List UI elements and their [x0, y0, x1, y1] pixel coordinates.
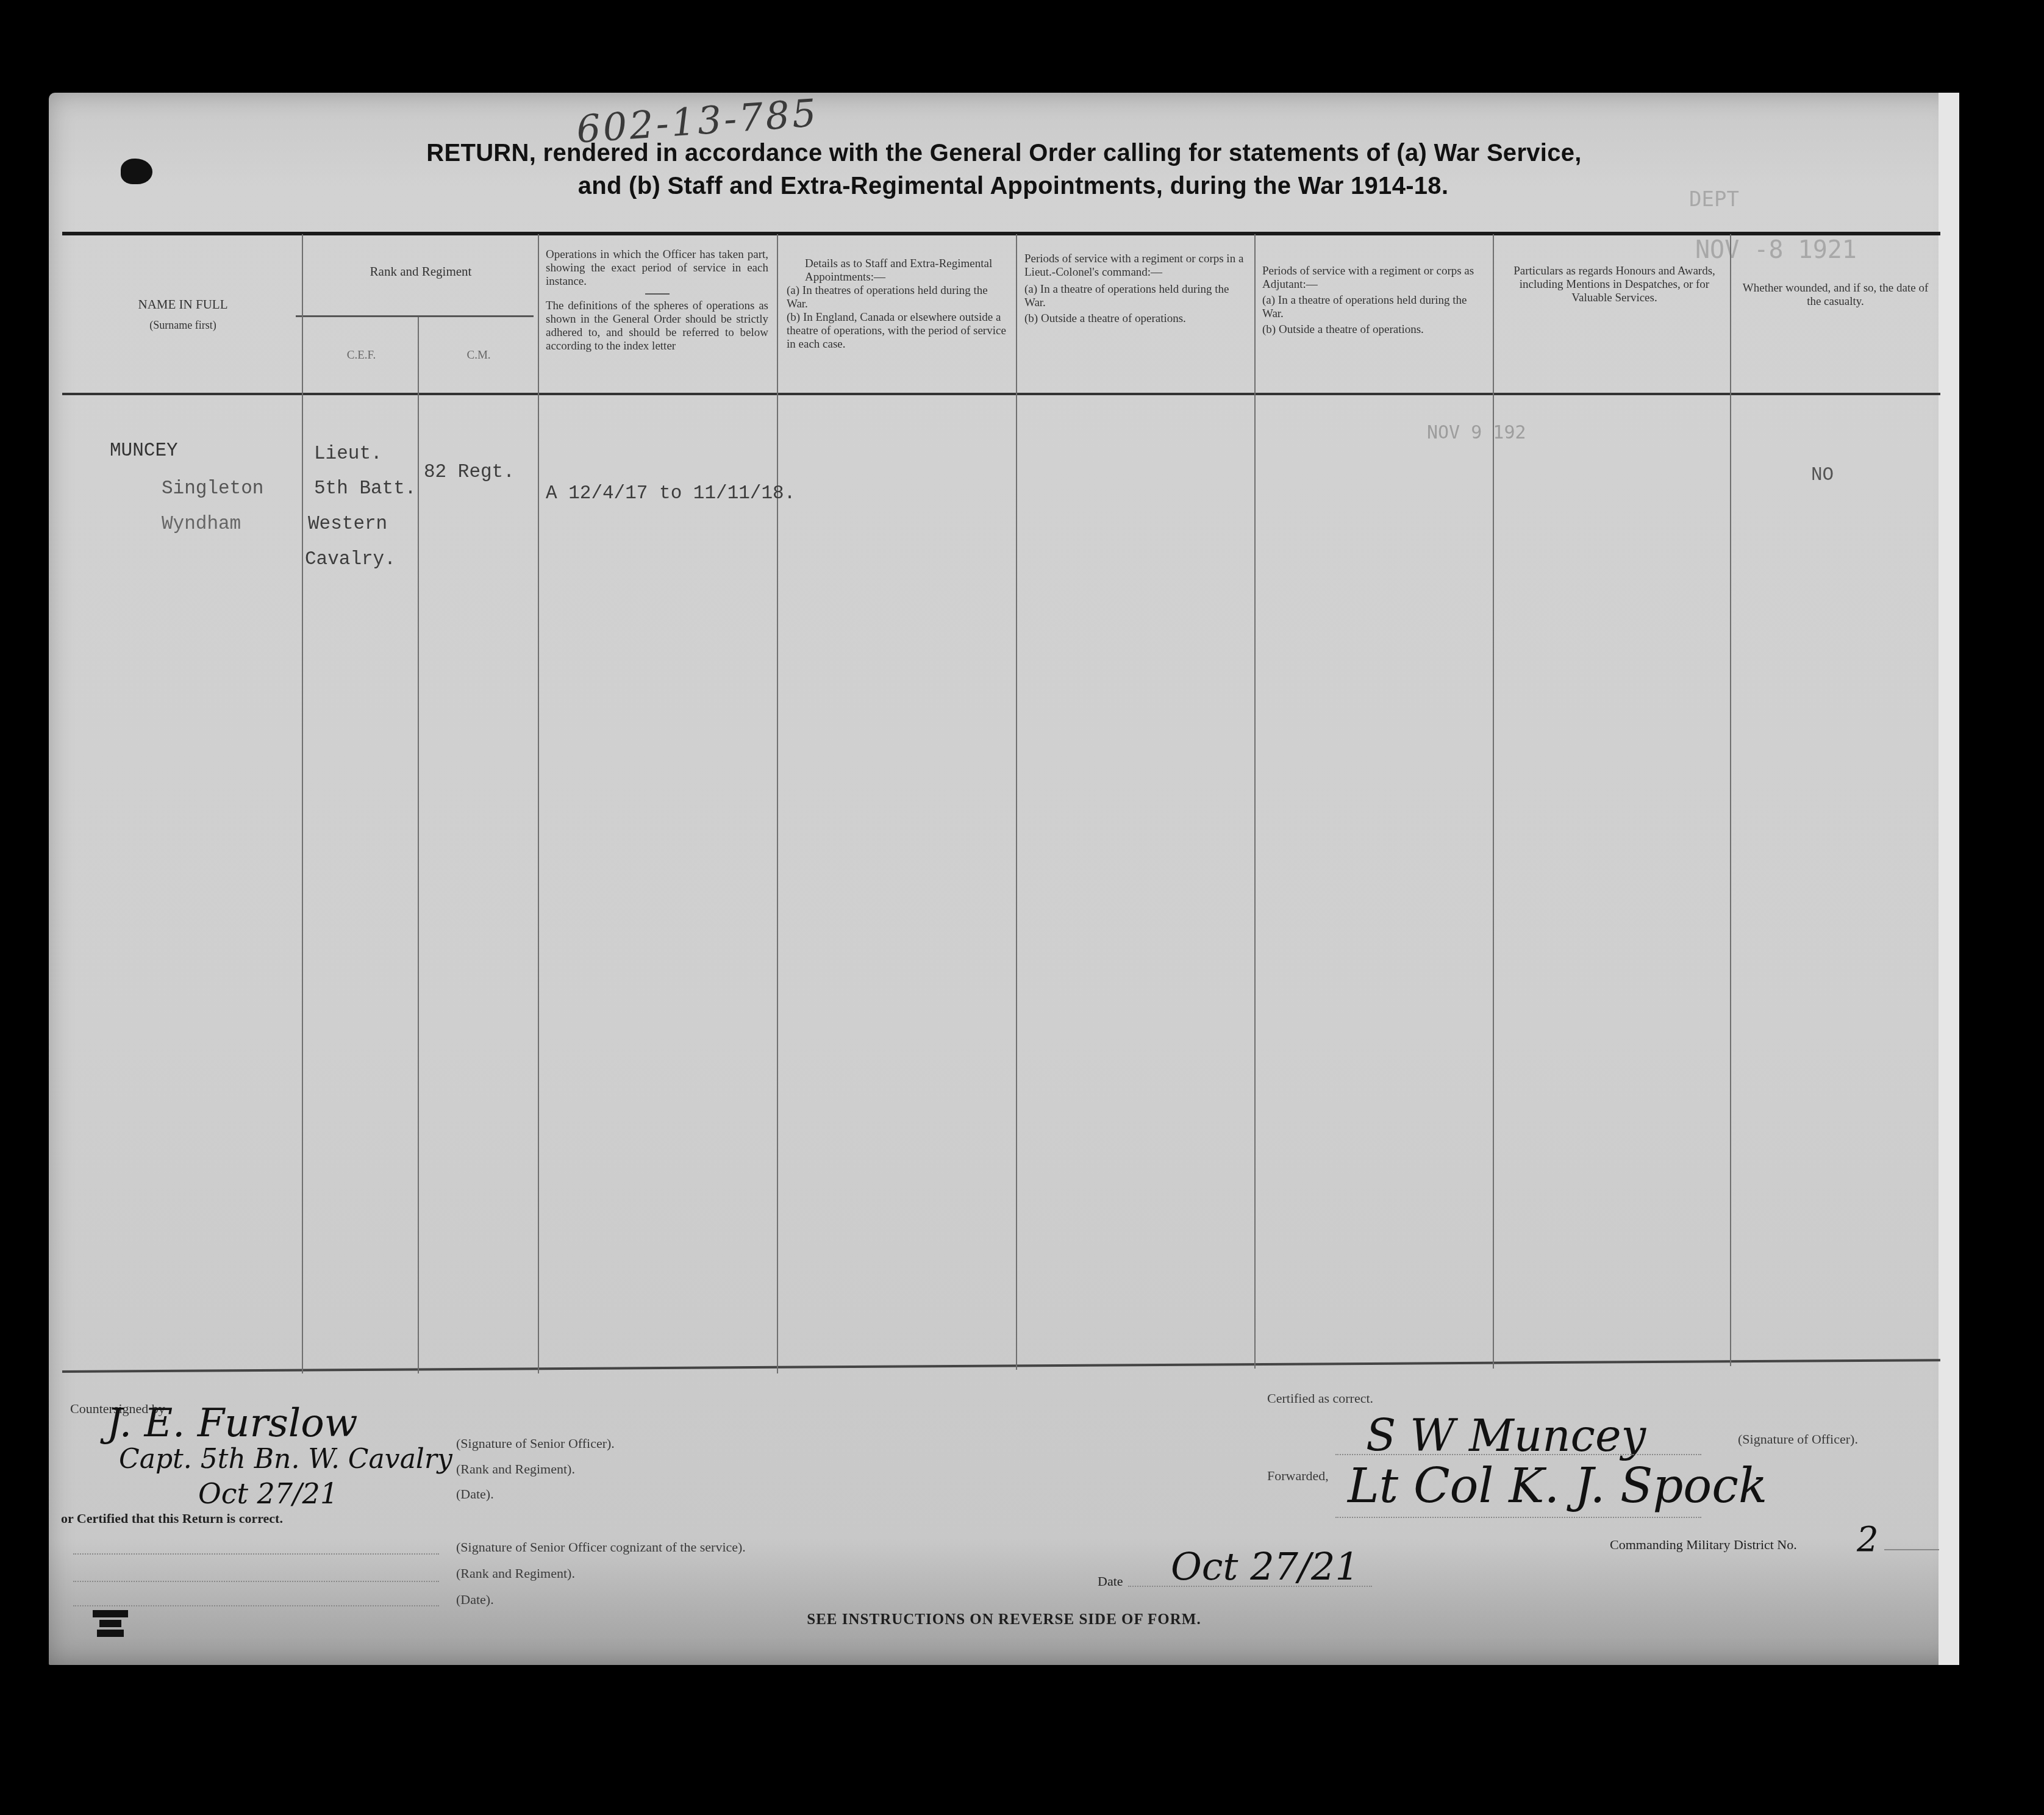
table-bottom-rule — [62, 1359, 1940, 1373]
header-bottom-rule — [62, 393, 1940, 395]
received-stamp-dept: DEPT — [1689, 187, 1739, 212]
document-page: 602-13-785 RETURN, rendered in accordanc… — [49, 93, 1959, 1665]
column-divider — [777, 234, 778, 1373]
countersign-rank: Capt. 5th Bn. W. Cavalry — [119, 1444, 452, 1475]
certified-correct-label: Certified as correct. — [1267, 1391, 1373, 1406]
forwarded-signature: Lt Col K. J. Spock — [1348, 1459, 1767, 1514]
column-divider — [302, 234, 303, 1373]
signature-line — [1335, 1454, 1701, 1455]
cell-operations: A 12/4/17 to 11/11/18. — [546, 483, 795, 504]
page-edge — [1939, 93, 1959, 1665]
cell-surname: MUNCEY — [110, 440, 178, 462]
certified-return-label: or Certified that this Return is correct… — [61, 1511, 283, 1527]
cell-cm-regiment: 82 Regt. — [424, 462, 515, 483]
district-line — [1884, 1549, 1939, 1550]
row-received-stamp: NOV 9 192 — [1427, 422, 1526, 443]
bottom-date-handwritten: Oct 27/21 — [1171, 1544, 1359, 1589]
rank-regiment-label-2: (Rank and Regiment). — [456, 1566, 575, 1581]
officer-signature-label: (Signature of Officer). — [1738, 1431, 1858, 1447]
cell-cef-unit-3: Cavalry. — [305, 549, 396, 570]
commanding-district-label: Commanding Military District No. — [1610, 1537, 1797, 1553]
cell-cef-unit-2: Western — [308, 514, 387, 535]
cell-given-name-1: Singleton — [162, 478, 263, 499]
cell-cef-rank: Lieut. — [314, 443, 382, 465]
header-rank-regiment: Rank and Regiment — [305, 265, 537, 278]
header-name: NAME IN FULL (Surname first) — [67, 294, 299, 335]
senior-signature-label: (Signature of Senior Officer). — [456, 1436, 615, 1452]
title-line-1: RETURN, rendered in accordance with the … — [49, 137, 1959, 170]
header-wounded: Whether wounded, and if so, the date of … — [1738, 282, 1933, 309]
countersign-date: Oct 27/21 — [198, 1477, 338, 1510]
header-ltcol-command: Periods of service with a regiment or co… — [1024, 252, 1247, 326]
senior-cognizant-label: (Signature of Senior Officer cognizant o… — [456, 1539, 746, 1555]
table-top-rule — [62, 232, 1940, 235]
column-divider — [1493, 234, 1494, 1369]
district-number: 2 — [1857, 1520, 1879, 1559]
column-divider — [1254, 234, 1256, 1369]
signature-line — [73, 1553, 439, 1555]
cell-given-name-2: Wyndham — [162, 514, 241, 535]
signature-line — [73, 1605, 439, 1606]
received-stamp-date: NOV -8 1921 — [1695, 236, 1857, 264]
instructions-note: SEE INSTRUCTIONS ON REVERSE SIDE OF FORM… — [49, 1611, 1959, 1628]
header-cm: C.M. — [421, 349, 537, 362]
cell-cef-unit: 5th Batt. — [314, 478, 416, 499]
date-label: (Date). — [456, 1486, 494, 1502]
signature-line — [1335, 1517, 1701, 1518]
header-cef: C.E.F. — [305, 349, 418, 362]
cell-wounded: NO — [1811, 465, 1834, 486]
header-staff-appointments: Details as to Staff and Extra-Regimental… — [787, 257, 1009, 351]
column-divider — [1016, 234, 1017, 1370]
countersign-signature: J. E. Furslow — [107, 1401, 358, 1446]
signature-line — [73, 1581, 439, 1582]
rank-regiment-label: (Rank and Regiment). — [456, 1461, 575, 1477]
column-divider — [1730, 234, 1731, 1366]
date-label-2: (Date). — [456, 1592, 494, 1608]
header-adjutant: Periods of service with a regiment or co… — [1262, 265, 1485, 337]
column-divider — [418, 317, 419, 1373]
forwarded-label: Forwarded, — [1267, 1468, 1329, 1484]
header-honours: Particulars as regards Honours and Award… — [1503, 265, 1726, 305]
form-title: RETURN, rendered in accordance with the … — [49, 137, 1959, 202]
header-operations: Operations in which the Officer has take… — [546, 248, 768, 353]
title-line-2: and (b) Staff and Extra-Regimental Appoi… — [49, 170, 1959, 202]
column-divider — [538, 234, 539, 1373]
date-bottom-label: Date — [1098, 1573, 1123, 1589]
rank-subheader-rule — [296, 315, 534, 317]
